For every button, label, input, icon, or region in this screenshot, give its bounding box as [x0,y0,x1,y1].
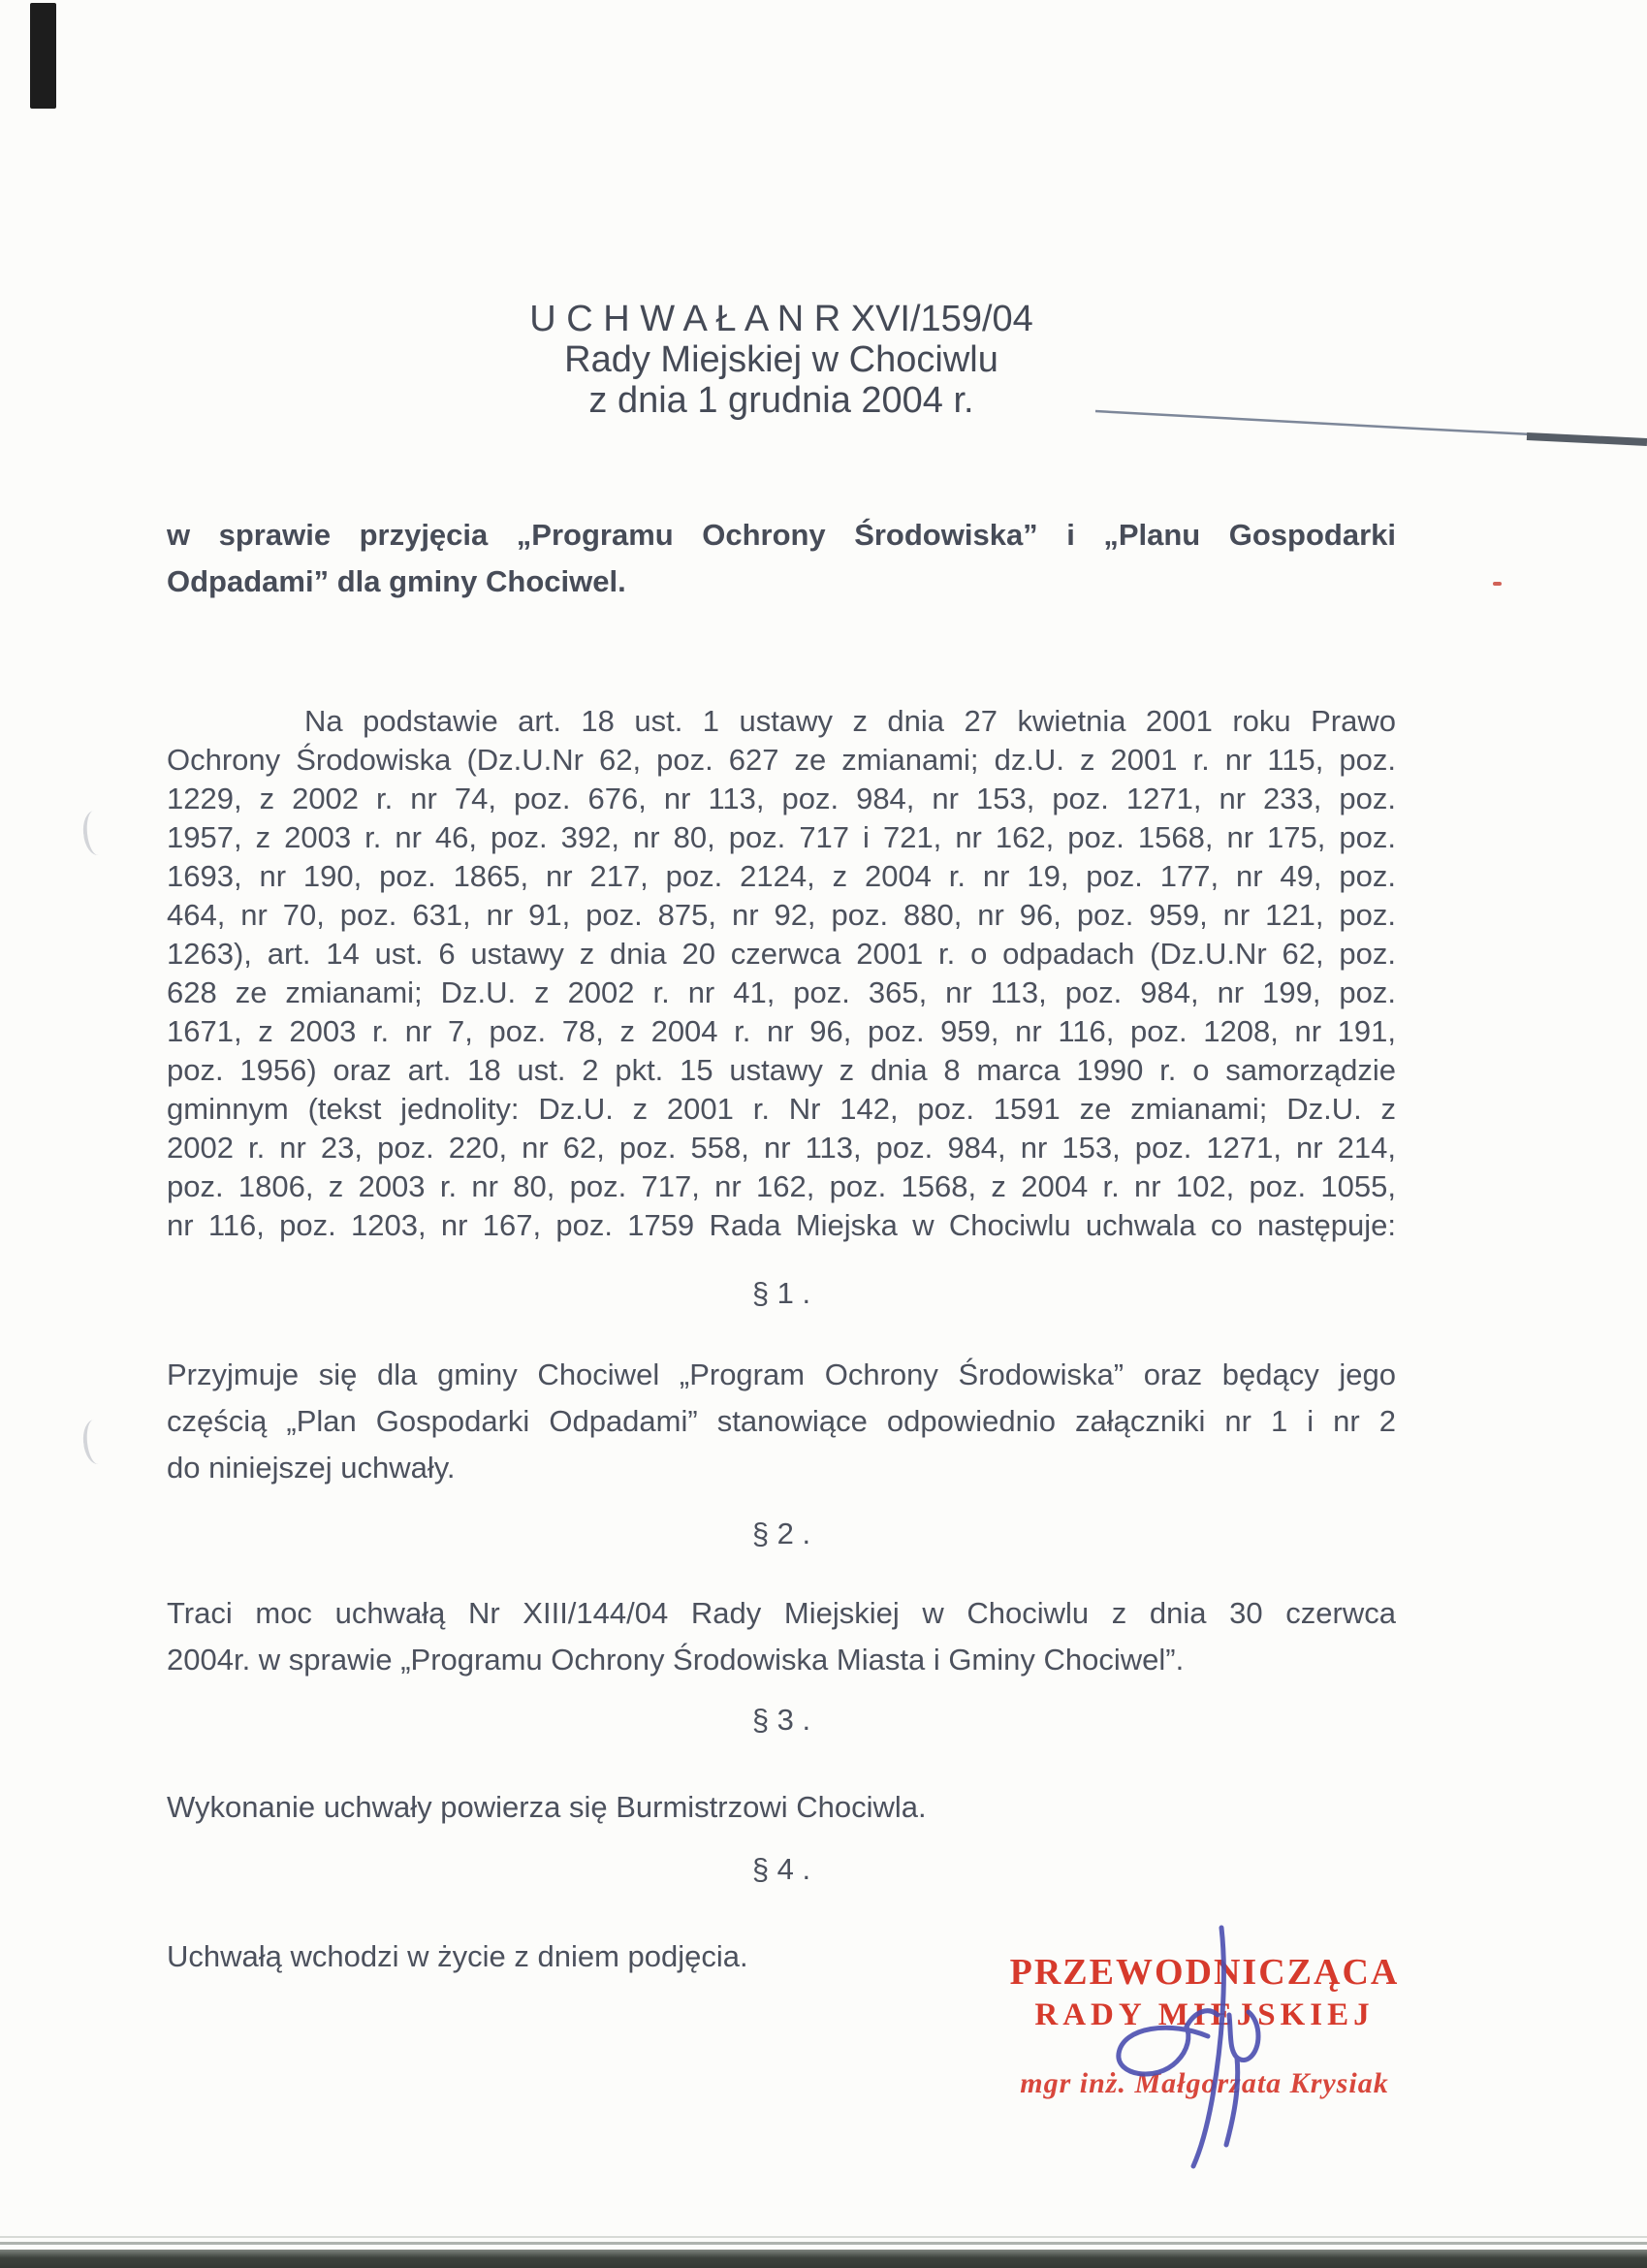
legal-line: gminnym (tekst jednolity: Dz.U. z 2001 r… [167,1090,1396,1129]
document-issuer: Rady Miejskiej w Chociwlu [167,339,1396,380]
legal-line: nr 116, poz. 1203, nr 167, poz. 1759 Rad… [167,1206,1396,1245]
section-2-paragraph: Traci moc uchwałą Nr XIII/144/04 Rady Mi… [167,1590,1396,1683]
section-marker: § 2 . [167,1517,1396,1551]
legal-basis-paragraph: Na podstawie art. 18 ust. 1 ustawy z dni… [167,702,1396,1245]
section-line: częścią „Plan Gospodarki Odpadami” stano… [167,1398,1396,1445]
document-title: U C H W A Ł A N R XVI/159/04 [167,299,1396,339]
scan-edge-band [0,2250,1647,2268]
subject-line: Odpadami” dla gminy Chociwel. [167,559,1396,605]
legal-line: Na podstawie art. 18 ust. 1 ustawy z dni… [167,702,1396,741]
section-1-paragraph: Przyjmuje się dla gminy Chociwel „Progra… [167,1352,1396,1491]
legal-line: poz. 1806, z 2003 r. nr 80, poz. 717, nr… [167,1167,1396,1206]
legal-line: Ochrony Środowiska (Dz.U.Nr 62, poz. 627… [167,741,1396,780]
section-marker: § 3 . [167,1703,1396,1738]
red-ink-speck [1493,582,1502,586]
section-line: Przyjmuje się dla gminy Chociwel „Progra… [167,1352,1396,1398]
section-marker: § 4 . [167,1852,1396,1887]
section-line: Wykonanie uchwały powierza się Burmistrz… [167,1784,1396,1831]
legal-line: 1671, z 2003 r. nr 7, poz. 78, z 2004 r.… [167,1012,1396,1051]
section-line: do niniejszej uchwały. [167,1445,1396,1491]
subject-line: w sprawie przyjęcia „Programu Ochrony Śr… [167,512,1396,559]
legal-line: 1693, nr 190, poz. 1865, nr 217, poz. 21… [167,857,1396,896]
handwritten-signature [1093,1912,1316,2174]
legal-line: 2002 r. nr 23, poz. 220, nr 62, poz. 558… [167,1129,1396,1167]
scan-artifact-arc [81,1419,111,1465]
scanned-resolution-document: U C H W A Ł A N R XVI/159/04 Rady Miejsk… [0,0,1647,2268]
scan-artifact-corner-bar [30,3,56,109]
scan-edge-line [0,2236,1647,2238]
section-marker: § 1 . [167,1276,1396,1311]
legal-line: poz. 1956) oraz art. 18 ust. 2 pkt. 15 u… [167,1051,1396,1090]
legal-line: 1263), art. 14 ust. 6 ustawy z dnia 20 c… [167,935,1396,974]
pen-line-artifact [1061,388,1647,456]
section-3-paragraph: Wykonanie uchwały powierza się Burmistrz… [167,1784,1396,1831]
scan-edge-line [0,2242,1647,2245]
section-line: Traci moc uchwałą Nr XIII/144/04 Rady Mi… [167,1590,1396,1637]
legal-line: 1957, z 2003 r. nr 46, poz. 392, nr 80, … [167,818,1396,857]
legal-line: 628 ze zmianami; Dz.U. z 2002 r. nr 41, … [167,974,1396,1012]
section-line: 2004r. w sprawie „Programu Ochrony Środo… [167,1637,1396,1683]
scan-artifact-arc [81,810,111,856]
legal-line: 464, nr 70, poz. 631, nr 91, poz. 875, n… [167,896,1396,935]
subject-paragraph: w sprawie przyjęcia „Programu Ochrony Śr… [167,512,1396,605]
legal-line: 1229, z 2002 r. nr 74, poz. 676, nr 113,… [167,780,1396,818]
